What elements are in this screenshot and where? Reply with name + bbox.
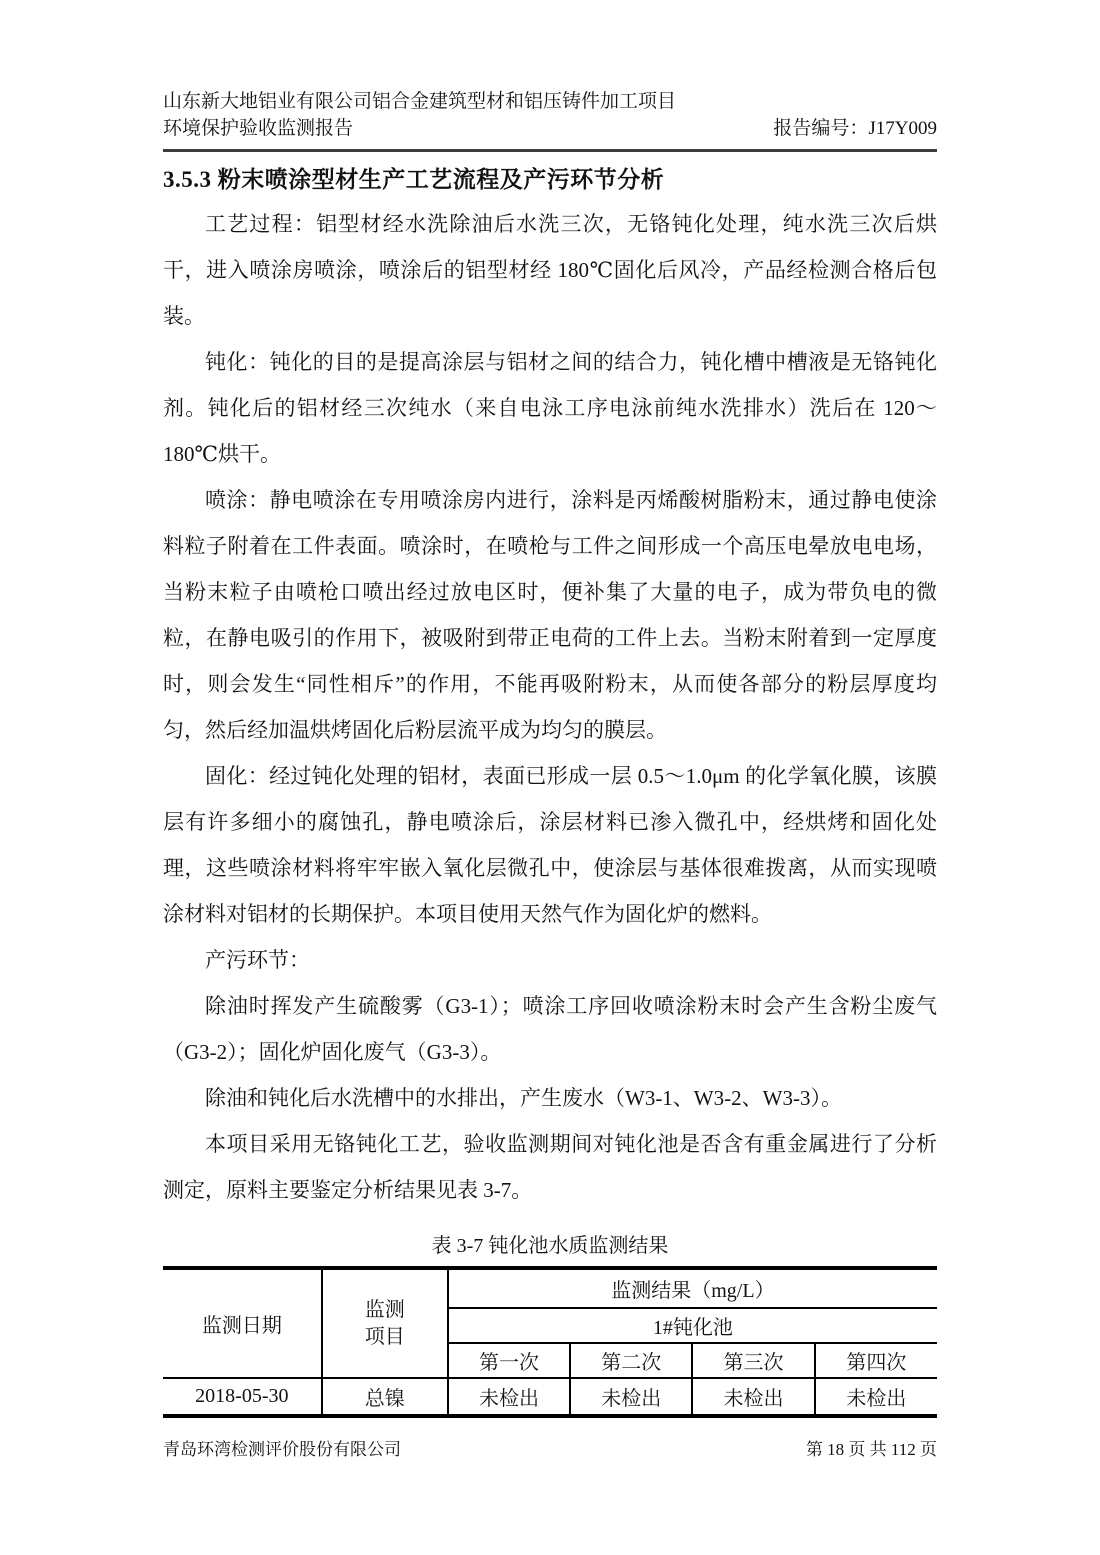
table-title: 表 3-7 钝化池水质监测结果: [163, 1232, 937, 1260]
paragraph-waste-water: 除油和钝化后水洗槽中的水排出，产生废水（W3-1、W3-2、W3-3）。: [163, 1075, 937, 1121]
column-header-result: 监测结果（mg/L）: [448, 1268, 937, 1308]
column-header-date: 监测日期: [163, 1268, 322, 1378]
cell-item: 总镍: [322, 1378, 448, 1416]
cell-value-3: 未检出: [692, 1378, 814, 1416]
paragraph-process: 工艺过程：铝型材经水洗除油后水洗三次，无铬钝化处理，纯水洗三次后烘干，进入喷涂房…: [163, 201, 937, 339]
column-header-item-line2: 项目: [327, 1324, 443, 1351]
section-title: 3.5.3 粉末喷涂型材生产工艺流程及产污环节分析: [163, 163, 937, 197]
page-content: 山东新大地铝业有限公司铝合金建筑型材和铝压铸件加工项目 环境保护验收监测报告 报…: [163, 0, 937, 1418]
column-header-pool: 1#钝化池: [448, 1308, 937, 1343]
table-header-row-1: 监测日期 监测 项目 监测结果（mg/L）: [163, 1268, 937, 1308]
table-data-row: 2018-05-30 总镍 未检出 未检出 未检出 未检出: [163, 1378, 937, 1416]
paragraph-waste-gas: 除油时挥发产生硫酸雾（G3-1）；喷涂工序回收喷涂粉末时会产生含粉尘废气（G3-…: [163, 983, 937, 1075]
report-page: 山东新大地铝业有限公司铝合金建筑型材和铝压铸件加工项目 环境保护验收监测报告 报…: [0, 0, 1100, 1555]
header-report-title: 环境保护验收监测报告: [163, 115, 353, 142]
page-header: 山东新大地铝业有限公司铝合金建筑型材和铝压铸件加工项目 环境保护验收监测报告 报…: [163, 0, 937, 152]
header-project-title: 山东新大地铝业有限公司铝合金建筑型材和铝压铸件加工项目: [163, 88, 937, 115]
column-header-item-line1: 监测: [327, 1297, 443, 1324]
cell-value-1: 未检出: [448, 1378, 570, 1416]
cell-value-4: 未检出: [815, 1378, 937, 1416]
monitoring-table: 监测日期 监测 项目 监测结果（mg/L） 1#钝化池 第一次 第二次 第三次 …: [163, 1266, 937, 1418]
paragraph-curing: 固化：经过钝化处理的铝材，表面已形成一层 0.5～1.0μm 的化学氧化膜，该膜…: [163, 753, 937, 937]
paragraph-analysis-note: 本项目采用无铬钝化工艺，验收监测期间对钝化池是否含有重金属进行了分析测定，原料主…: [163, 1121, 937, 1213]
paragraph-pollution-heading: 产污环节：: [163, 937, 937, 983]
footer-company: 青岛环湾检测评价股份有限公司: [163, 1438, 401, 1462]
footer-page-number: 第 18 页 共 112 页: [806, 1438, 937, 1462]
column-header-run-4: 第四次: [815, 1343, 937, 1378]
cell-value-2: 未检出: [570, 1378, 692, 1416]
header-report-number: 报告编号：J17Y009: [773, 115, 937, 142]
column-header-run-2: 第二次: [570, 1343, 692, 1378]
header-row2: 环境保护验收监测报告 报告编号：J17Y009: [163, 115, 937, 142]
paragraph-spraying: 喷涂：静电喷涂在专用喷涂房内进行，涂料是丙烯酸树脂粉末，通过静电使涂料粒子附着在…: [163, 477, 937, 753]
cell-date: 2018-05-30: [163, 1378, 322, 1416]
column-header-run-3: 第三次: [692, 1343, 814, 1378]
paragraph-passivation: 钝化：钝化的目的是提高涂层与铝材之间的结合力，钝化槽中槽液是无铬钝化剂。钝化后的…: [163, 339, 937, 477]
column-header-item: 监测 项目: [322, 1268, 448, 1378]
column-header-run-1: 第一次: [448, 1343, 570, 1378]
page-footer: 青岛环湾检测评价股份有限公司 第 18 页 共 112 页: [163, 1438, 937, 1462]
body-text: 工艺过程：铝型材经水洗除油后水洗三次，无铬钝化处理，纯水洗三次后烘干，进入喷涂房…: [163, 201, 937, 1213]
